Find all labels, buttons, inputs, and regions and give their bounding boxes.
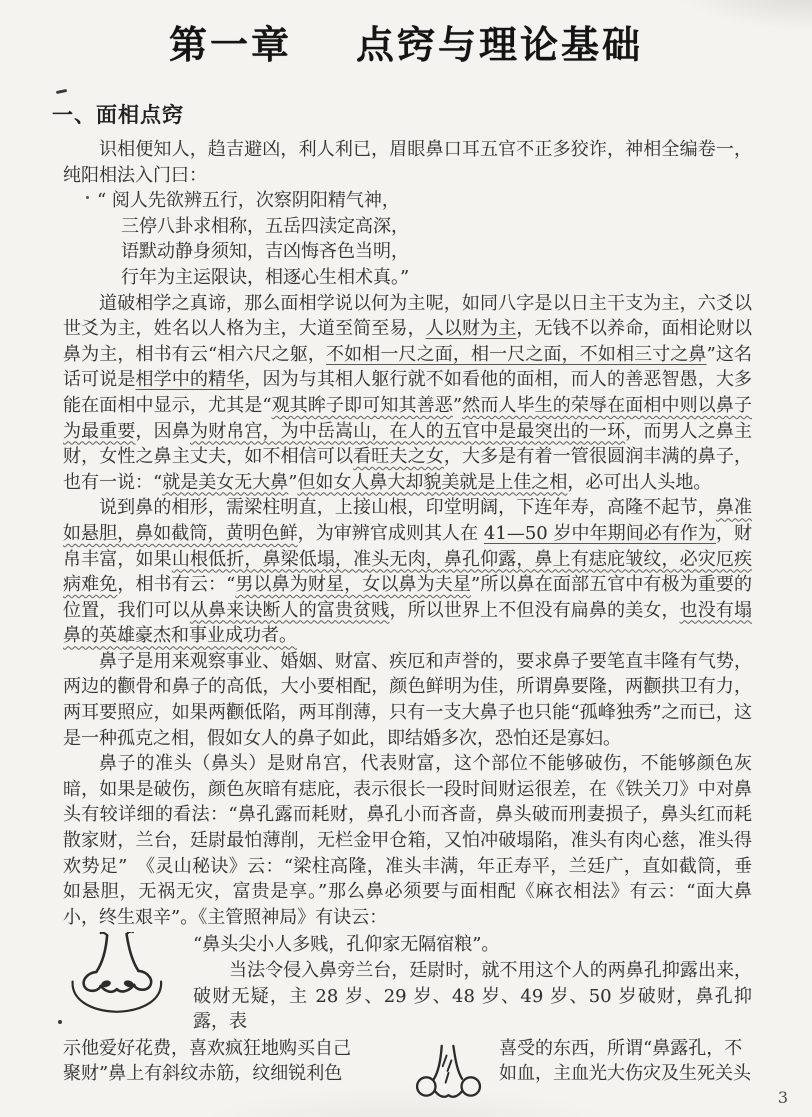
paragraph-intro: 识相便知人，趋吉避凶，利人利已，眉眼鼻口耳五官不正多狡诈，神相全编卷一，纯阳相法… — [63, 137, 752, 188]
verse-line: “ 阅人先欲辨五行，次察阴阳精气神， — [97, 188, 752, 214]
nose-vein-lines-icon — [412, 1042, 486, 1100]
verse-block: “ 阅人先欲辨五行，次察阴阳精气神， 三停八卦求相称，五岳四渎定高深， 语默动静… — [63, 188, 752, 290]
two-column-row: 示他爱好花费，喜欢疯狂地购买自己 聚财”鼻上有斜纹赤筋，纹细锐利色 喜受的东西，… — [63, 1036, 752, 1108]
paragraph-nose-shape: 说到鼻的相形，需梁柱明直，上接山根，印堂明阔，下连年寿，高隆不起节，鼻准如悬胆，… — [63, 495, 752, 649]
section-heading: 一、面相点窍 — [52, 99, 812, 129]
figure-nose-front — [63, 932, 193, 1024]
paragraph-nose-tip: 鼻子的准头（鼻头）是财帛宫，代表财富，这个部位不能够破伤，不能够颜色灰暗，如果是… — [63, 751, 752, 930]
chapter-title-text: 点窍与理论基础 — [356, 22, 643, 67]
pen-mark-small-dot — [86, 196, 89, 199]
verse-line: 行年为主运限诀，相逐心生相术真。” — [121, 265, 752, 291]
paragraph-nose-importance: 道破相学之真谛，那么面相学说以何为主呢，如同八字是以日主干支为主，六爻以世爻为主… — [63, 291, 752, 496]
text-line: 如血，主血光大伤灾及生死关头 — [499, 1061, 752, 1087]
body-text: 识相便知人，趋吉避凶，利人利已，眉眼鼻口耳五官不正多狡诈，神相全编卷一，纯阳相法… — [63, 137, 752, 930]
figure-nose-veins — [399, 1036, 499, 1108]
paragraph-nose-observation: 鼻子是用来观察事业、婚姻、财富、疾厄和声誉的，要求鼻子要笔直丰隆有气势，两边的颧… — [63, 649, 752, 751]
pen-mark-dash — [56, 89, 67, 94]
chapter-number: 第一章 — [169, 22, 292, 67]
verse-line: 三停八卦求相称，五岳四渎定高深， — [121, 214, 752, 240]
right-column-text: 喜受的东西，所谓“鼻露孔，不 如血，主血光大伤灾及生死关头 — [499, 1036, 752, 1087]
nose-exposed-nostrils-icon — [65, 932, 173, 1014]
text-line: 示他爱好花费，喜欢疯狂地购买自己 — [63, 1036, 399, 1062]
chapter-title: 第一章点窍与理论基础 — [0, 0, 812, 69]
text-line: 聚财”鼻上有斜纹赤筋，纹细锐利色 — [63, 1061, 399, 1087]
bottom-section: “鼻头尖小人多贱，孔仰家无隔宿粮”。 当法令侵入鼻旁兰台，廷尉时，就不用这个人的… — [63, 932, 752, 1107]
page-number: 3 — [778, 1088, 788, 1107]
left-column-text: 示他爱好花费，喜欢疯狂地购买自己 聚财”鼻上有斜纹赤筋，纹细锐利色 — [63, 1036, 399, 1087]
text-line: 喜受的东西，所谓“鼻露孔，不 — [499, 1036, 752, 1062]
pen-mark-dot — [58, 1020, 62, 1024]
verse-line: 语默动静身须知，吉凶悔吝色当明， — [121, 239, 752, 265]
scanned-book-page: 第一章点窍与理论基础 一、面相点窍 识相便知人，趋吉避凶，利人利已，眉眼鼻口耳五… — [0, 0, 812, 1117]
